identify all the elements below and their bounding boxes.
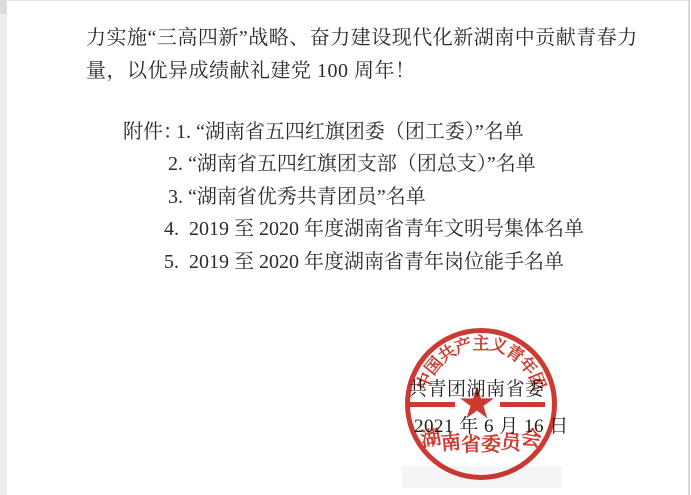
seal-bottom-char: 湖 [419,426,443,451]
seal-bottom-char: 委 [481,434,502,457]
body-paragraph-line-1: 力实施“三高四新”战略、奋力建设现代化新湖南中贡献青春力 [86,27,638,49]
seal-bottom-char: 省 [461,434,482,457]
official-seal: 中 国 共 产 主 义 青 年 团 ★ 湖 南 省 委 员 会 [405,328,557,480]
document-page: 力实施“三高四新”战略、奋力建设现代化新湖南中贡献青春力 量，以优异成绩献礼建党… [0,0,691,495]
page-left-edge [0,0,7,495]
attachment-item-4: 4. 2019 至 2020 年度湖南省青年文明号集体名单 [164,218,584,240]
seal-right-bar [500,402,545,407]
attachments-label: 附件： [123,121,183,143]
body-paragraph-line-2: 量，以优异成绩献礼建党 100 周年！ [86,60,416,82]
seal-bottom-char: 南 [440,431,462,455]
seal-bottom-char: 员 [500,431,522,455]
seal-bottom-char: 会 [519,426,543,451]
seal-left-bar [410,402,455,407]
attachment-item-2: 2. “湖南省五四红旗团支部（团总支）”名单 [168,153,536,175]
star-icon: ★ [455,382,499,426]
attachment-item-5: 5. 2019 至 2020 年度湖南省青年岗位能手名单 [164,251,564,273]
page-top-edge [0,0,691,1]
seal-inner-text: 湖 南 省 委 员 会 [421,433,541,455]
page-right-edge [688,0,690,495]
attachment-item-3: 3. “湖南省优秀共青团员”名单 [168,186,426,208]
page-left-edge-corner [0,0,7,14]
attachment-item-1: 1. “湖南省五四红旗团委（团工委）”名单 [176,121,524,143]
